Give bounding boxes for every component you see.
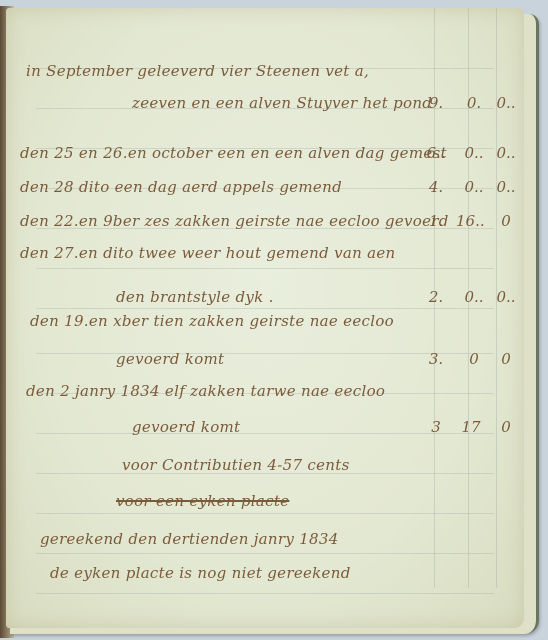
amount-pounds: 3.: [426, 350, 446, 368]
ledger-line: den 27.en dito twee weer hout gemend van…: [20, 244, 396, 262]
ledger-line: den 19.en xber tien zakken geirste nae e…: [30, 312, 394, 330]
ledger-line: zeeven en een alven Stuyver het pond: [132, 94, 432, 112]
ledger-line: gevoerd komt: [132, 418, 240, 436]
amount-pounds: 1.: [426, 212, 446, 230]
ruled-line: [36, 593, 494, 594]
ledger-line: den 2 janry 1834 elf zakken tarwe nae ee…: [26, 382, 385, 400]
amount-pounds: 2.: [426, 288, 446, 306]
ledger-line: den 25 en 26.en october een en een alven…: [20, 144, 447, 162]
ledger-line: voor Contributien 4-57 cents: [122, 456, 350, 474]
amount-pence: 0: [496, 212, 516, 230]
ruled-line: [36, 513, 494, 514]
ledger-page: in September geleeverd vier Steenen vet …: [6, 8, 524, 628]
amount-pence: 0..: [496, 94, 516, 112]
ledger-line: de eyken placte is nog niet gereekend: [50, 564, 351, 582]
amount-pence: 0..: [496, 178, 516, 196]
amount-pence: 0: [496, 418, 516, 436]
amount-shillings: 0.: [464, 94, 484, 112]
amount-pounds: 3: [426, 418, 446, 436]
amount-shillings: 0: [464, 350, 484, 368]
amount-pounds: 4.: [426, 178, 446, 196]
ruled-line: [36, 308, 494, 309]
amount-pounds: 9.: [426, 94, 446, 112]
struck-ledger-line: voor een eyken placte: [116, 492, 289, 510]
amount-shillings: 0..: [464, 288, 484, 306]
ledger-line: gevoerd komt: [116, 350, 224, 368]
ledger-line: den 22.en 9ber zes zakken geirste nae ee…: [20, 212, 449, 230]
amount-shillings: 17: [461, 418, 481, 436]
amount-shillings: 0..: [464, 178, 484, 196]
ruled-line: [36, 268, 494, 269]
amount-pounds: 6..: [426, 144, 446, 162]
amount-pence: 0..: [496, 144, 516, 162]
ledger-line: den 28 dito een dag aerd appels gemend: [20, 178, 342, 196]
amount-pence: 0..: [496, 288, 516, 306]
ledger-line: gereekend den dertienden janry 1834: [40, 530, 339, 548]
amount-pence: 0: [496, 350, 516, 368]
amount-shillings: 16..: [456, 212, 476, 230]
ledger-line: in September geleeverd vier Steenen vet …: [26, 62, 369, 80]
ledger-line: den brantstyle dyk .: [116, 288, 274, 306]
amount-shillings: 0..: [464, 144, 484, 162]
ruled-line: [36, 553, 494, 554]
